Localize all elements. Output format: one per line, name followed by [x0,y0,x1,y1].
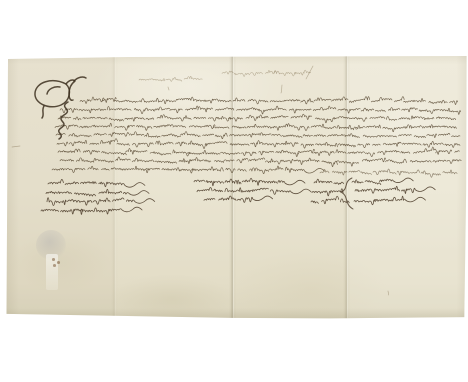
paper-tone-band-right [347,55,468,320]
manuscript-sheet [5,55,468,320]
seal-strip-highlight [46,254,58,290]
fold-crease [111,55,118,320]
wax-speck [57,261,60,264]
fold-crease [343,55,350,320]
photograph-backdrop [0,0,468,382]
paper-tone-band-left [5,55,114,320]
fold-crease [229,55,236,320]
wax-speck [52,258,55,261]
seal-residue [36,230,66,260]
wax-speck [53,264,56,267]
